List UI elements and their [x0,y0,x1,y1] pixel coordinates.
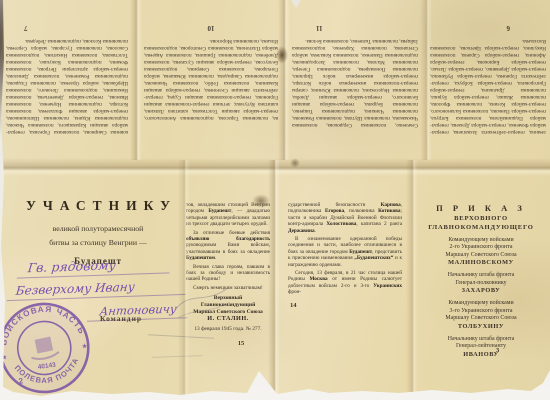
page-number: 14 [288,302,402,309]
order-continuation-page: сударственной безопасности Карпова, подп… [288,202,402,309]
page-number: 7 [6,24,128,32]
paragraph: Смерть немецким захватчикам! [186,285,270,291]
text-line: ИВАНОВУ [414,351,548,359]
text-line: П Р И К А З [414,202,548,215]
officer-name-list: ва, полковника Тарасова, подполковника А… [144,37,278,121]
order-date-line: 13 февраля 1945 года. № 277. [186,326,270,332]
officer-name-list: лемина, генерал-лейтенанта Захватаева, г… [430,37,546,135]
stamp-star-right: ★ [81,342,88,351]
text-line: Маршалу Советского Союза [414,315,548,323]
text-line: Начальнику штаба фронта [414,272,548,280]
military-unit-stamp: ВОЙСКОВАЯ ЧАСТЬ ПОЛЕВАЯ ПОЧТА ★ ★ 40143 … [0,290,100,400]
upside-down-page-11: Семченко, полковника Сердюкова, полковни… [292,14,418,166]
paragraph: Вечная слава героям, павшим в боях за св… [186,264,270,283]
vertical-fold-crease [278,0,290,160]
vertical-fold-crease [420,0,432,160]
upside-down-page-7: ковника Смирнова, полковника Горелика, г… [6,14,128,166]
page-number: 10 [144,24,278,32]
page-number: 11 [292,24,418,32]
vertical-fold-crease [268,160,280,400]
document-paper: ковника Смирнова, полковника Горелика, г… [0,0,550,400]
page-number: 6 [430,24,546,32]
order-text-page: тов, овладевшим столицей Венгрии городом… [186,202,270,347]
page-number: 15 [186,340,270,347]
text-line: Генерал-лейтенанту [414,343,548,351]
text-line: 3-го Украинского фронта [414,308,548,316]
subtitle-line: великой полуторамесячной [12,224,184,233]
subtitle-line: битвы за столицу Венгрии — [12,238,184,247]
text-line: ГЛАВНОКОМАНДУЮЩЕГО [414,224,548,233]
stalin-signature: И. СТАЛИН. [186,316,270,323]
page-title: УЧАСТНИКУ [12,198,184,214]
commander-label: Командир [100,314,142,323]
order-header-page: П Р И К А ЗВЕРХОВНОГОГЛАВНОКОМАНДУЮЩЕГО … [414,202,548,359]
text-line: ВЕРХОВНОГО [414,215,548,224]
order-body: тов, овладевшим столицей Венгрии городом… [186,202,270,291]
text-line: Маршалу Советского Союза [414,252,548,260]
upside-down-page-10: ва, полковника Тарасова, подполковника А… [144,14,278,166]
paragraph: сударственной безопасности Карпова, подп… [288,202,402,234]
signature-line [152,355,202,358]
stamp-star-left: ★ [1,353,8,362]
signature-line: Главнокомандующий [186,302,270,309]
stain-spot [252,194,270,208]
scanned-document-scene: ковника Смирнова, полковника Горелика, г… [0,0,550,400]
officer-name-list: Семченко, полковника Сердюкова, полковни… [292,37,418,128]
page-number: 3 [496,347,499,354]
paragraph: Сегодня, 13 февраля, в 21 час столица на… [288,270,402,296]
text-line: ТОЛБУХИНУ [414,323,548,331]
paragraph: В ознаменование одержанной победы соедин… [288,236,402,268]
text-line: Начальнику штаба фронта [414,336,548,344]
text-line: 2-го Украинского фронта [414,244,548,252]
order-body: сударственной безопасности Карпова, подп… [288,202,402,296]
vertical-fold-crease [178,160,190,400]
text-line: Генерал-полковнику [414,280,548,288]
vertical-fold-crease [130,0,142,160]
paragraph: За отличные боевые действия объявляю бла… [186,230,270,262]
officer-name-list: ковника Смирнова, полковника Горелика, г… [6,37,128,135]
signature-block: Верховный Главнокомандующий Маршал Совет… [186,295,270,322]
vertical-fold-crease [406,160,418,400]
text-line: МАЛИНОВСКОМУ [414,259,548,267]
upside-down-page-6: лемина, генерал-лейтенанта Захватаева, г… [430,14,546,166]
text-line: ЗАХАРОВУ [414,287,548,295]
text-line: Командующему войсками [414,300,548,308]
stain-spot [276,46,288,64]
stain-spot [290,158,300,168]
